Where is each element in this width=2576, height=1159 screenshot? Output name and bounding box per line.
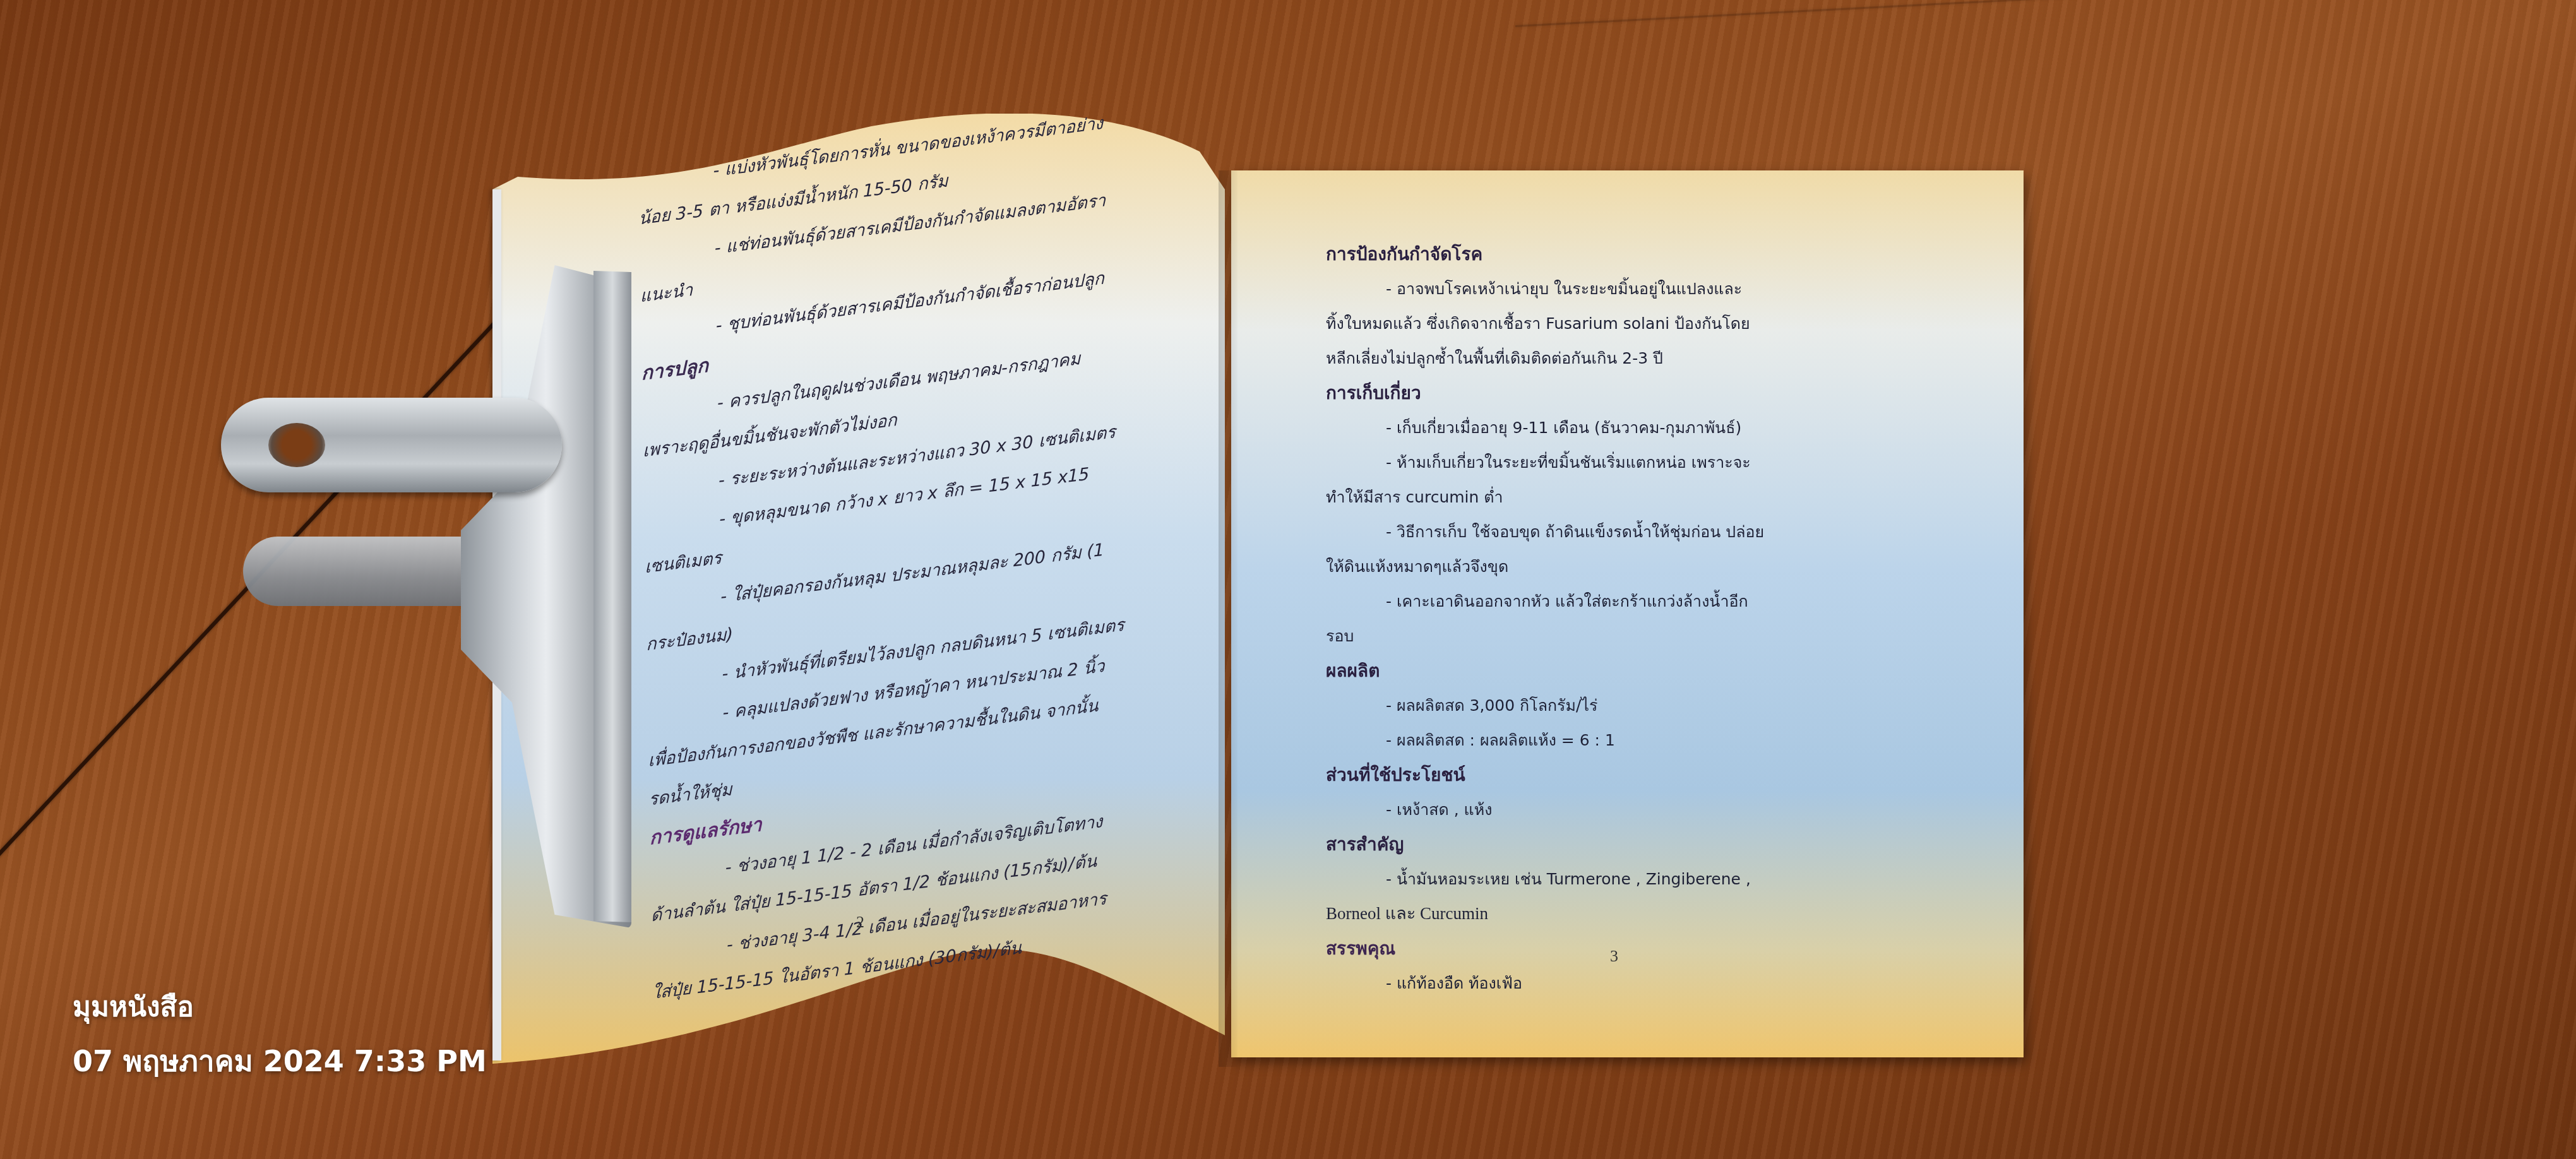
text-line: - เคาะเอาดินออกจากหัว แล้วใส่ตะกร้าแกว่ง… [1326,584,1989,619]
text-line: - วิธีการเก็บ ใช้จอบขุด ถ้าดินแข็งรดน้ำใ… [1326,514,1989,549]
page-number-right: 3 [1610,947,1618,966]
binder-clip-handle [221,398,562,492]
text-line: หลีกเลี่ยงไม่ปลูกซ้ำในพื้นที่เดิมติดต่อก… [1326,341,1989,376]
binder-clip-hole [268,423,325,467]
binder-clip-spine [593,271,631,922]
photo-watermark: มุมหนังสือ 07 พฤษภาคม 2024 7:33 PM [73,988,487,1081]
text-line: ทำให้มีสาร curcumin ต่ำ [1326,480,1989,514]
text-line: - น้ำมันหอมระเหย เช่น Turmerone , Zingib… [1326,862,1989,896]
left-page-text: - แบ่งหัวพันธุ์โดยการหั่น ขนาดของเหง้าคว… [638,92,1217,1013]
text-line: ให้ดินแห้งหมาดๆแล้วจึงขุด [1326,549,1989,584]
text-line: - ผลผลิตสด : ผลผลิตแห้ง = 6 : 1 [1326,723,1989,758]
section-heading-harvest: การเก็บเกี่ยว [1326,376,1989,410]
table-plank-seam [1515,0,2083,27]
text-line: - แก้ท้องอืด ท้องเฟ้อ [1326,966,1989,1001]
watermark-title: มุมหนังสือ [73,988,487,1027]
text-line: รอบ [1326,619,1989,653]
section-heading-yield: ผลผลิต [1326,653,1989,688]
text-line: - ผลผลิตสด 3,000 กิโลกรัม/ไร่ [1326,688,1989,723]
text-line: - ห้ามเก็บเกี่ยวในระยะที่ขมิ้นชันเริ่มแต… [1326,445,1989,480]
text-line: Borneol และ Curcumin [1326,896,1989,931]
right-page-text: การป้องกันกำจัดโรค - อาจพบโรคเหง้าเน่ายุ… [1326,237,1989,1001]
book-gutter [1219,170,1237,1067]
section-heading-usable-parts: ส่วนที่ใช้ประโยชน์ [1326,758,1989,792]
text-line: - เก็บเกี่ยวเมื่ออายุ 9-11 เดือน (ธันวาค… [1326,410,1989,445]
text-line: - เหง้าสด , แห้ง [1326,792,1989,827]
binder-clip [215,259,669,941]
text-line: - อาจพบโรคเหง้าเน่ายุบ ในระยะขมิ้นอยู่ใน… [1326,271,1989,306]
section-heading-properties: สรรพคุณ [1326,931,1989,966]
text-line: ทิ้งใบหมดแล้ว ซึ่งเกิดจากเชื้อรา Fusariu… [1326,306,1989,341]
watermark-datetime: 07 พฤษภาคม 2024 7:33 PM [73,1041,487,1081]
section-heading-active-compounds: สารสำคัญ [1326,827,1989,862]
page-number-left: 2 [856,913,864,932]
section-heading-disease-control: การป้องกันกำจัดโรค [1326,237,1989,271]
